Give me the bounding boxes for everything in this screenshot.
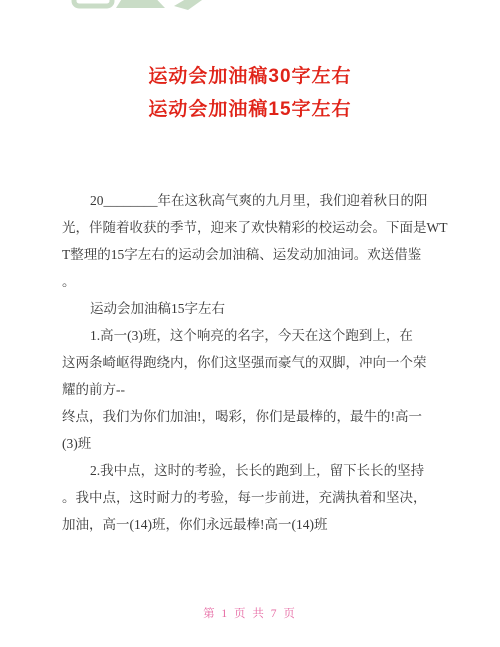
title-line-1: 运动会加油稿30字左右 <box>0 60 500 93</box>
body-line: 终点，我们为你们加油!，喝彩，你们是最棒的，最牛的!高一 <box>62 403 444 430</box>
body-line: 。我中点，这时耐力的考验，每一步前进，充满执着和坚决， <box>62 484 444 511</box>
body-line: (3)班 <box>62 430 444 457</box>
body-line: 光，伴随着收获的季节，迎来了欢快精彩的校运动会。下面是WT <box>62 214 444 241</box>
body-line: 加油，高一(14)班，你们永远最棒!高一(14)班 <box>62 511 444 538</box>
title-line-2: 运动会加油稿15字左右 <box>0 93 500 126</box>
watermark-logo <box>70 0 220 10</box>
body-line: 20________年在这秋高气爽的九月里，我们迎着秋日的阳 <box>62 187 444 214</box>
body-line: 这两条崎岖得跑绕内，你们这坚强而豪气的双脚，冲向一个荣 <box>62 349 444 376</box>
body-line-subtitle: 运动会加油稿15字左右 <box>62 295 444 322</box>
document-body: 20________年在这秋高气爽的九月里，我们迎着秋日的阳 光，伴随着收获的季… <box>62 187 444 538</box>
watermark-logo-icon <box>70 0 220 10</box>
body-line: 。 <box>62 268 444 295</box>
document-page: 运动会加油稿30字左右 运动会加油稿15字左右 20________年在这秋高气… <box>0 0 500 647</box>
page-number-footer: 第 1 页 共 7 页 <box>0 605 500 621</box>
document-title: 运动会加油稿30字左右 运动会加油稿15字左右 <box>0 0 500 126</box>
body-line: 2.我中点，这时的考验，长长的跑到上，留下长长的坚持 <box>62 457 444 484</box>
body-line: T整理的15字左右的运动会加油稿、运发动加油词。欢送借鉴 <box>62 241 444 268</box>
body-line: 1.高一(3)班，这个响亮的名字，今天在这个跑到上，在 <box>62 322 444 349</box>
body-line: 耀的前方-- <box>62 376 444 403</box>
